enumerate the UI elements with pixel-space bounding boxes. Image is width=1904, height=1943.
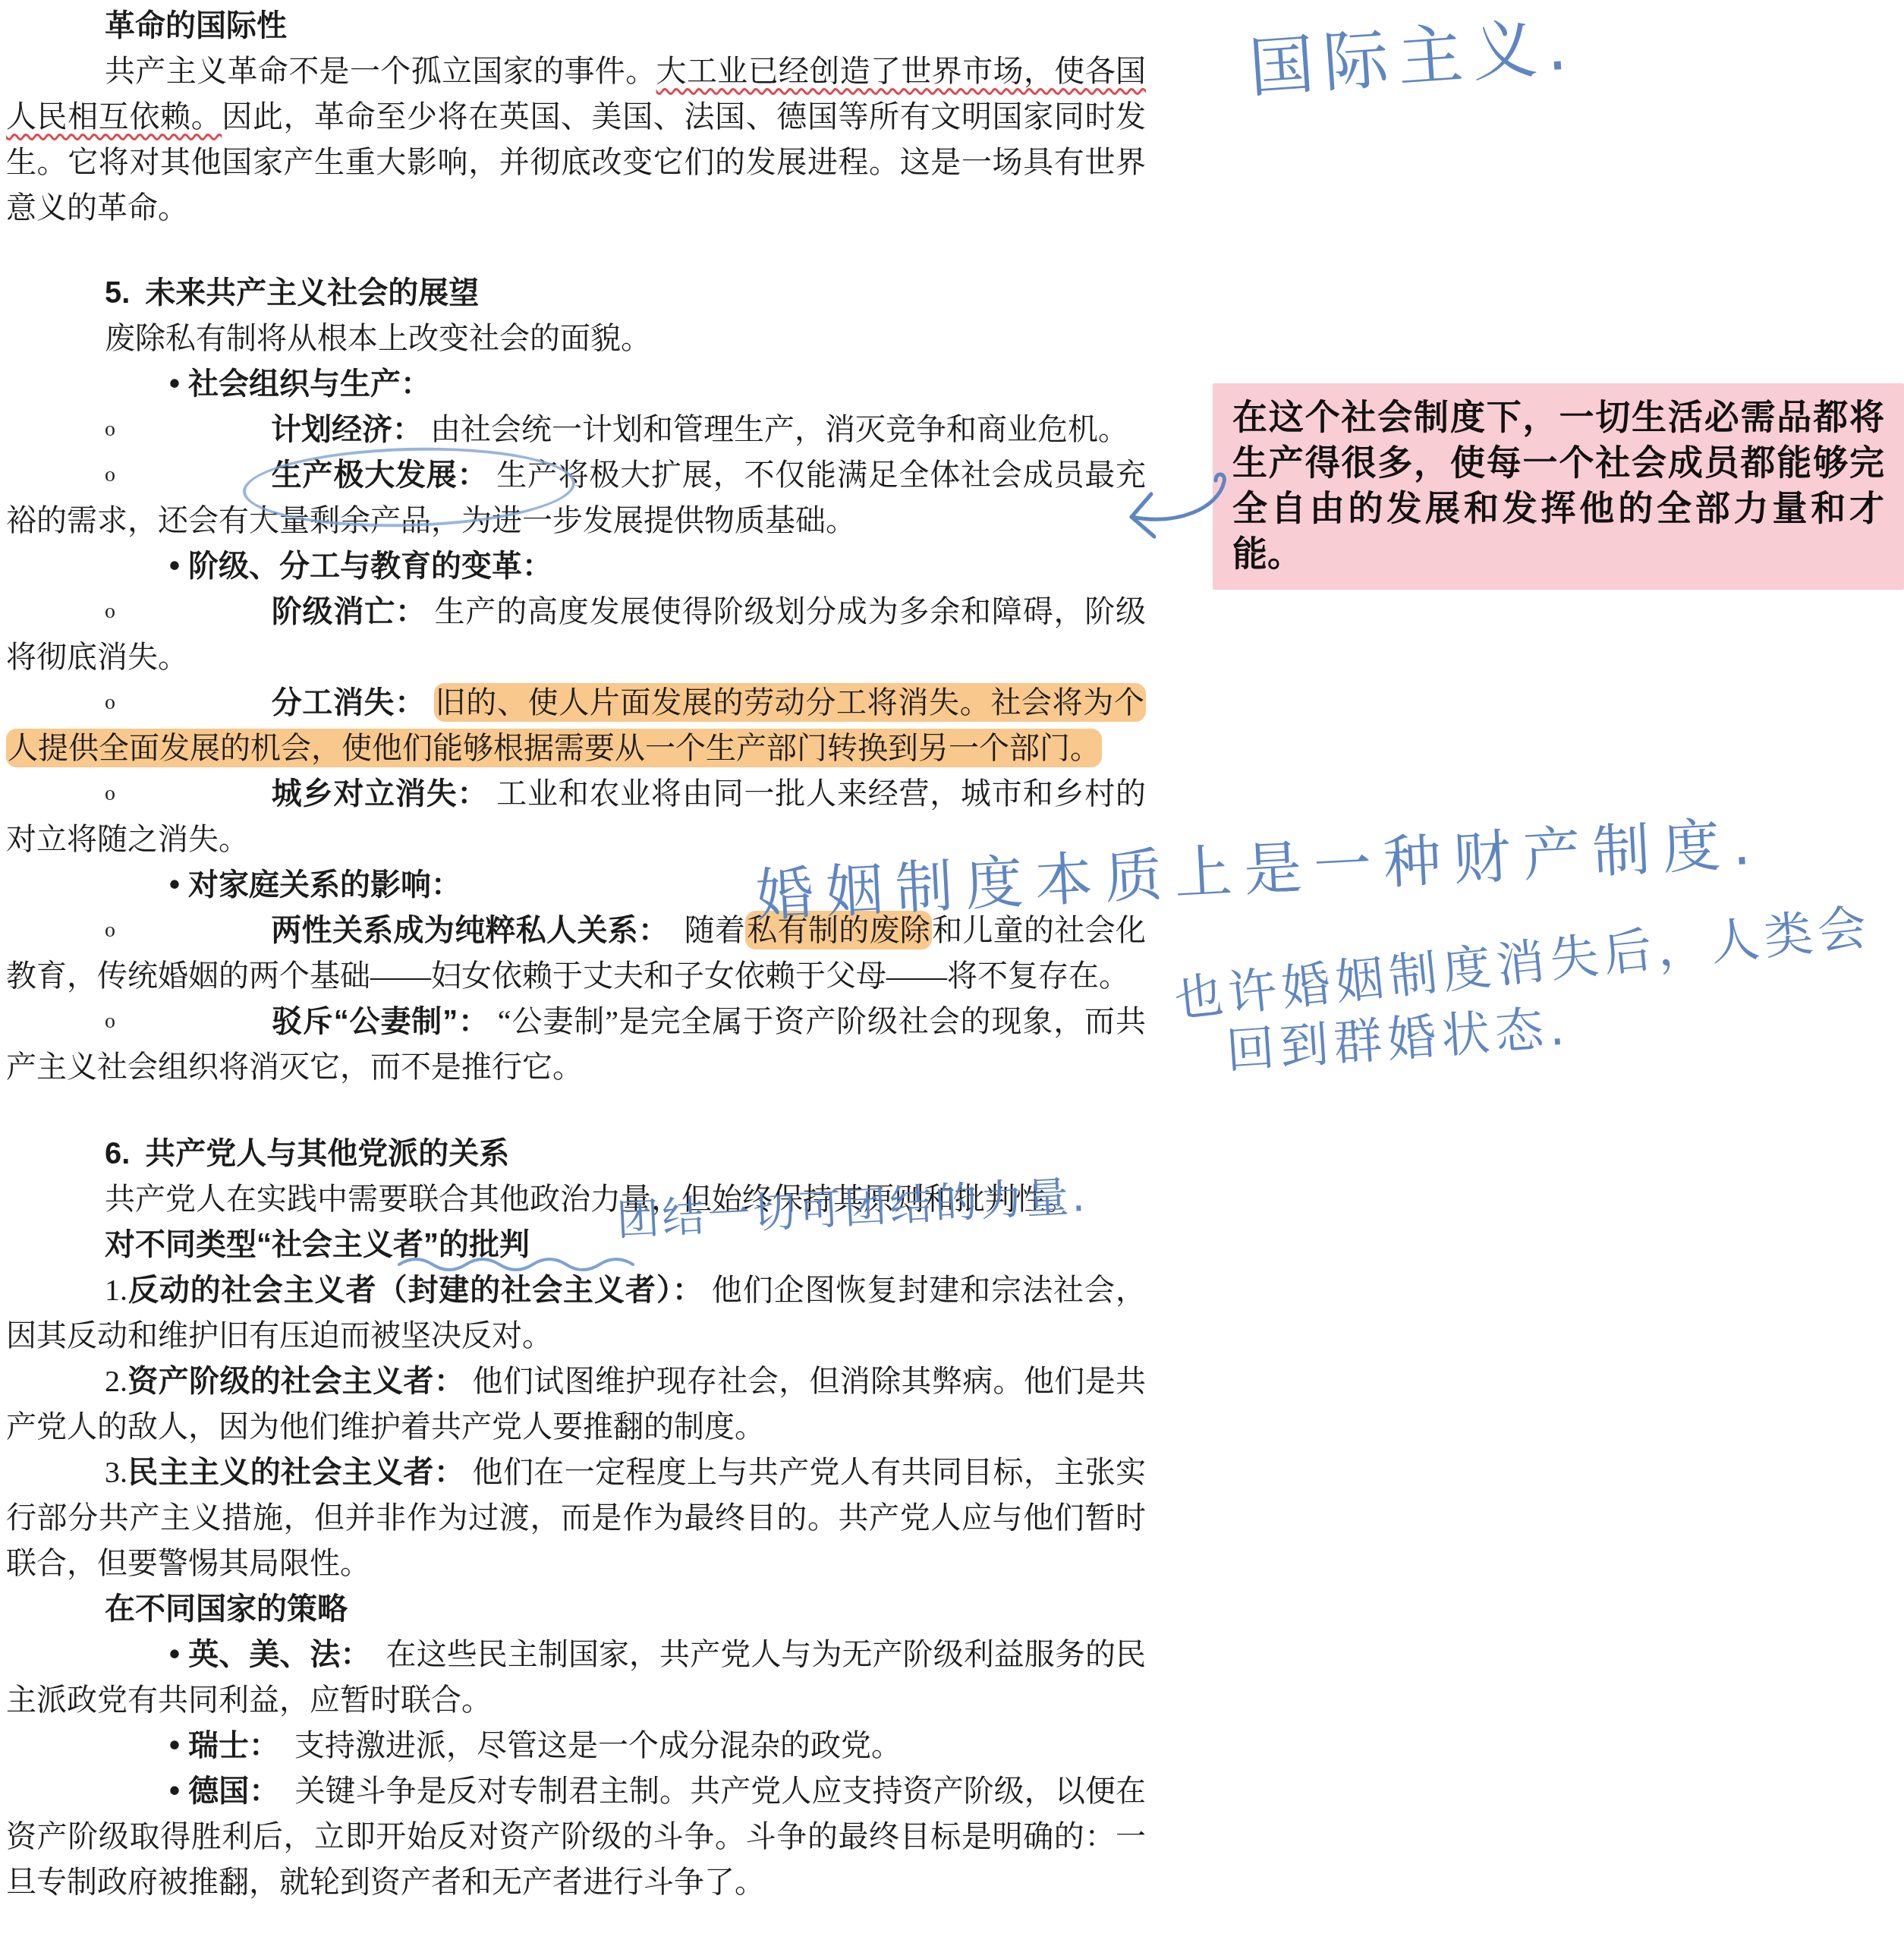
- paragraph: 1.反动的社会主义者（封建的社会主义者）： 他们企图恢复封建和宗法社会，因其反动…: [6, 1268, 1146, 1359]
- paragraph: 废除私有制将从根本上改变社会的面貌。: [6, 316, 1146, 361]
- paragraph: 在不同国家的策略: [6, 1586, 1146, 1632]
- text-segment: o: [105, 691, 115, 714]
- text-segment: 废除私有制将从根本上改变社会的面貌。: [105, 321, 651, 355]
- paragraph: • 德国： 关键斗争是反对专制君主制。共产党人应支持资产阶级，以便在资产阶级取得…: [6, 1768, 1146, 1905]
- paragraph: 2.资产阶级的社会主义者： 他们试图维护现存社会，但消除其弊病。他们是共产党人的…: [6, 1359, 1146, 1450]
- text-segment: 共产主义革命不是一个孤立国家的事件。: [105, 54, 656, 88]
- text-segment: 在不同国家的策略: [105, 1592, 348, 1626]
- paragraph-gap: [6, 231, 1146, 270]
- paragraph: • 社会组织与生产：: [6, 361, 1146, 407]
- text-segment: 计划经济：: [271, 413, 423, 446]
- paragraph: • 瑞士： 支持激进派，尽管这是一个成分混杂的政党。: [6, 1723, 1146, 1768]
- text-segment: • 阶级、分工与教育的变革：: [169, 550, 552, 583]
- text-segment: [426, 685, 434, 720]
- text-segment: • 对家庭关系的影响：: [169, 868, 461, 902]
- handwriting-internationalism-note: 国际主义.: [1245, 0, 1578, 110]
- text-segment: 生产将极大扩展，不仅能满足全体社会成员最充裕的需求，还会有大量剩余产品，为进一步…: [6, 458, 1146, 537]
- text-segment: 1.: [105, 1273, 127, 1307]
- paragraph: o驳斥“公妻制”： “公妻制”是完全属于资产阶级社会的现象，而共产主义社会组织将…: [6, 999, 1146, 1090]
- paragraph: 5. 未来共产主义社会的展望: [6, 270, 1146, 316]
- text-segment: 3.: [105, 1455, 127, 1489]
- text-segment: 6. 共产党人与其他党派的关系: [105, 1137, 509, 1170]
- paragraph: 革命的国际性: [6, 3, 1146, 49]
- paragraph: 共产主义革命不是一个孤立国家的事件。大工业已经创造了世界市场，使各国人民相互依赖…: [6, 49, 1146, 231]
- text-segment: 驳斥“公妻制”：: [271, 1005, 489, 1038]
- text-segment: 革命的国际性: [105, 9, 287, 43]
- text-segment: 阶级消亡：: [271, 595, 426, 628]
- hand-drawn-arrow-icon: [1102, 467, 1227, 562]
- text-segment: o: [105, 918, 115, 942]
- document-body: 革命的国际性共产主义革命不是一个孤立国家的事件。大工业已经创造了世界市场，使各国…: [6, 3, 1146, 1905]
- text-segment: o: [105, 1009, 115, 1033]
- paragraph: • 阶级、分工与教育的变革：: [6, 543, 1146, 589]
- paragraph: o分工消失： 旧的、使人片面发展的劳动分工将消失。社会将为个人提供全面发展的机会…: [6, 680, 1146, 771]
- text-segment: 民主主义的社会主义者：: [127, 1456, 464, 1489]
- text-segment: • 社会组织与生产：: [169, 367, 431, 401]
- text-segment: • 德国：: [169, 1775, 264, 1808]
- text-segment: 反动的社会主义者（封建的社会主义者）：: [127, 1274, 703, 1307]
- text-segment: 资产阶级的社会主义者：: [127, 1365, 464, 1398]
- text-segment: 随着: [653, 913, 745, 947]
- text-segment: o: [105, 782, 115, 805]
- text-segment: 5. 未来共产主义社会的展望: [105, 276, 479, 310]
- text-segment: 两性关系成为纯粹私人关系：: [271, 914, 653, 947]
- text-segment: 支持激进派，尽管这是一个成分混杂的政党。: [264, 1728, 902, 1762]
- text-segment: 2.: [105, 1364, 127, 1398]
- text-segment: o: [105, 600, 115, 623]
- pink-note-box: 在这个社会制度下，一切生活必需品都将生产得很多，使每一个社会成员都能够完全自由的…: [1213, 383, 1904, 590]
- text-segment: 生产的高度发展使得阶级划分成为多余和障碍，阶级将彻底消失。: [6, 594, 1146, 674]
- paragraph: o阶级消亡： 生产的高度发展使得阶级划分成为多余和障碍，阶级将彻底消失。: [6, 589, 1146, 680]
- text-segment: 旧的、使人片面发展的劳动分工将消失。社会将为个人提供全面发展的机会，使他们能够根…: [6, 683, 1146, 767]
- paragraph: o计划经济： 由社会统一计划和管理生产，消灭竞争和商业危机。: [6, 407, 1146, 452]
- hand-drawn-underline-icon: [396, 1252, 662, 1275]
- paragraph: 3.民主主义的社会主义者： 他们在一定程度上与共产党人有共同目标，主张实行部分共…: [6, 1450, 1146, 1586]
- document-page: 革命的国际性共产主义革命不是一个孤立国家的事件。大工业已经创造了世界市场，使各国…: [0, 0, 1904, 1943]
- text-segment: “公妻制”是完全属于资产阶级社会的现象，而共产主义社会组织将消灭它，而不是推行它…: [6, 1004, 1146, 1084]
- text-segment: o: [105, 463, 115, 487]
- paragraph-gap: [6, 1090, 1146, 1131]
- text-segment: o: [105, 417, 115, 441]
- paragraph: o两性关系成为纯粹私人关系： 随着私有制的废除和儿童的社会化教育，传统婚姻的两个…: [6, 908, 1146, 999]
- paragraph: o生产极大发展： 生产将极大扩展，不仅能满足全体社会成员最充裕的需求，还会有大量…: [6, 452, 1146, 543]
- text-segment: • 英、美、法：: [169, 1638, 356, 1671]
- text-segment: 分工消失：: [271, 686, 426, 720]
- text-segment: 城乡对立消失：: [271, 777, 488, 811]
- text-segment: 由社会统一计划和管理生产，消灭竞争和商业危机。: [423, 412, 1128, 446]
- paragraph: • 英、美、法： 在这些民主制国家，共产党人与为无产阶级利益服务的民主派政党有共…: [6, 1632, 1146, 1723]
- text-segment: • 瑞士：: [169, 1729, 264, 1762]
